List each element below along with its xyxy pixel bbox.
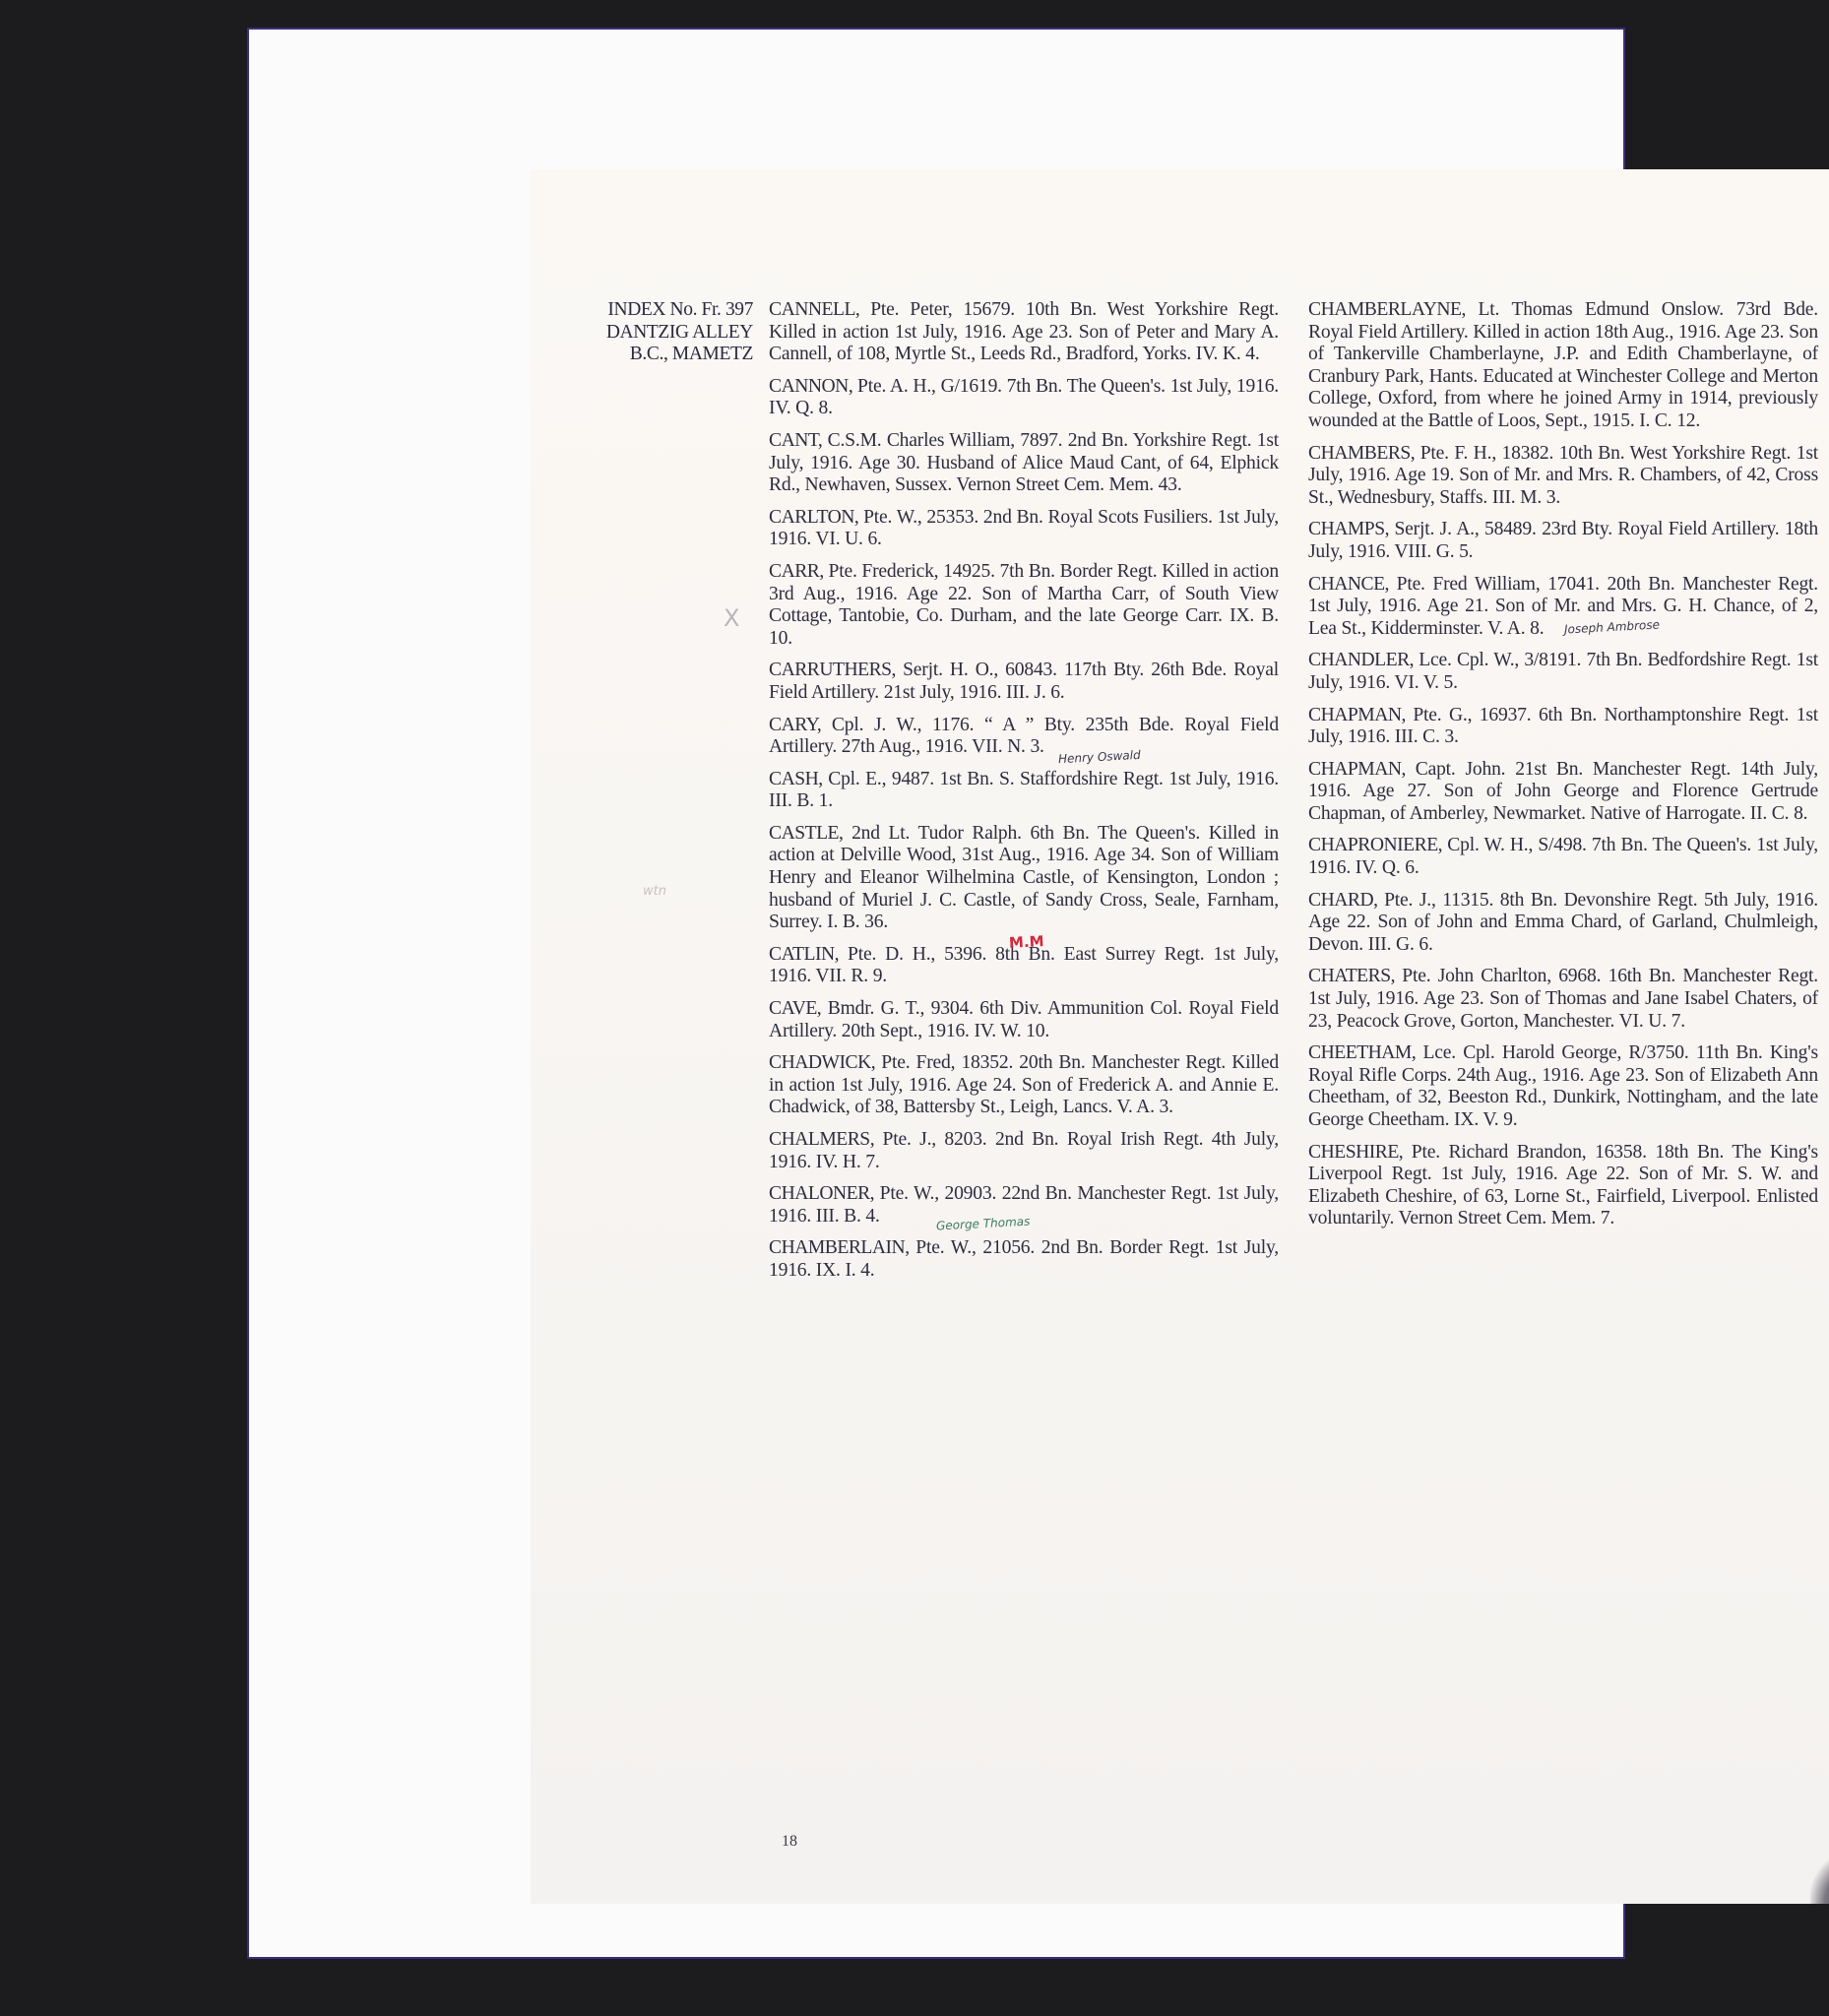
casualty-surname: CHALMERS,	[769, 1129, 874, 1150]
casualty-entry: CANNON, Pte. A. H., G/1619. 7th Bn. The …	[769, 376, 1279, 420]
casualty-surname: CARLTON,	[769, 507, 858, 528]
casualty-entry: CHAMPS, Serjt. J. A., 58489. 23rd Bty. R…	[1308, 519, 1818, 563]
casualty-surname: CHAPMAN,	[1308, 705, 1406, 725]
casualty-details: C.S.M. Charles William, 7897. 2nd Bn. Yo…	[769, 430, 1279, 495]
casualty-entry: CHALMERS, Pte. J., 8203. 2nd Bn. Royal I…	[769, 1129, 1279, 1173]
casualty-entry: CHADWICK, Pte. Fred, 18352. 20th Bn. Man…	[769, 1052, 1279, 1119]
casualty-surname: CANT,	[769, 430, 822, 451]
casualty-surname: CANNON,	[769, 376, 852, 397]
casualty-surname: CHALONER,	[769, 1183, 874, 1204]
casualty-details: Pte. J., 11315. 8th Bn. Devonshire Regt.…	[1308, 890, 1818, 955]
casualty-details: Cpl. J. W., 1176. “ A ” Bty. 235th Bde. …	[769, 715, 1279, 758]
casualty-surname: CASTLE,	[769, 823, 843, 844]
casualty-surname: CATLIN,	[769, 944, 839, 965]
casualty-surname: CANNELL,	[769, 299, 859, 320]
casualty-surname: CHAMBERS,	[1308, 443, 1415, 464]
casualty-surname: CARR,	[769, 561, 824, 582]
right-column: CHAMBERLAYNE, Lt. Thomas Edmund Onslow. …	[1308, 299, 1818, 1240]
casualty-surname: CHESHIRE,	[1308, 1142, 1403, 1163]
casualty-entry: CASTLE, 2nd Lt. Tudor Ralph. 6th Bn. The…	[769, 823, 1279, 934]
casualty-entry: CHATERS, Pte. John Charlton, 6968. 16th …	[1308, 966, 1818, 1033]
casualty-entry: CHAPMAN, Capt. John. 21st Bn. Manchester…	[1308, 759, 1818, 826]
casualty-entry: CHAMBERLAIN, Pte. W., 21056. 2nd Bn. Bor…	[769, 1237, 1279, 1282]
casualty-details: Cpl. E., 9487. 1st Bn. S. Staffordshire …	[769, 769, 1279, 812]
casualty-entry: CAVE, Bmdr. G. T., 9304. 6th Div. Ammuni…	[769, 998, 1279, 1042]
casualty-entry: CANNELL, Pte. Peter, 15679. 10th Bn. Wes…	[769, 299, 1279, 366]
casualty-surname: CHARD,	[1308, 890, 1378, 911]
cemetery-location: B.C., MAMETZ	[531, 344, 753, 366]
pencil-mark-cary: wtn	[643, 884, 666, 899]
casualty-entry: CANT, C.S.M. Charles William, 7897. 2nd …	[769, 430, 1279, 497]
cemetery-heading: INDEX No. Fr. 397 DANTZIG ALLEY B.C., MA…	[531, 299, 753, 366]
casualty-entry: CHESHIRE, Pte. Richard Brandon, 16358. 1…	[1308, 1142, 1818, 1230]
casualty-surname: CHAMBERLAIN,	[769, 1237, 910, 1258]
casualty-entry: CHEETHAM, Lce. Cpl. Harold George, R/375…	[1308, 1042, 1818, 1131]
casualty-surname: CARRUTHERS,	[769, 660, 896, 680]
cemetery-name: DANTZIG ALLEY	[531, 322, 753, 345]
casualty-surname: CARY,	[769, 715, 821, 735]
casualty-details: 2nd Lt. Tudor Ralph. 6th Bn. The Queen's…	[769, 823, 1279, 932]
photo-print: INDEX No. Fr. 397 DANTZIG ALLEY B.C., MA…	[249, 30, 1623, 1957]
casualty-surname: CHAMBERLAYNE,	[1308, 299, 1466, 320]
casualty-entry: CARLTON, Pte. W., 25353. 2nd Bn. Royal S…	[769, 507, 1279, 551]
casualty-details: Pte. Frederick, 14925. 7th Bn. Border Re…	[769, 561, 1279, 649]
casualty-entry: CARRUTHERS, Serjt. H. O., 60843. 117th B…	[769, 660, 1279, 704]
cemetery-index: INDEX No. Fr. 397	[531, 299, 753, 322]
casualty-details: Bmdr. G. T., 9304. 6th Div. Ammunition C…	[769, 998, 1279, 1041]
casualty-surname: CHANCE,	[1308, 574, 1389, 595]
casualty-entry: CHAMBERS, Pte. F. H., 18382. 10th Bn. We…	[1308, 443, 1818, 510]
left-column: CANNELL, Pte. Peter, 15679. 10th Bn. Wes…	[769, 299, 1279, 1292]
casualty-surname: CHAPRONIERE,	[1308, 835, 1442, 855]
casualty-surname: CHAPMAN,	[1308, 759, 1406, 780]
casualty-surname: CHEETHAM,	[1308, 1042, 1416, 1063]
casualty-entry: CHANDLER, Lce. Cpl. W., 3/8191. 7th Bn. …	[1308, 650, 1818, 694]
casualty-entry: CHANCE, Pte. Fred William, 17041. 20th B…	[1308, 574, 1818, 641]
book-page: INDEX No. Fr. 397 DANTZIG ALLEY B.C., MA…	[531, 169, 1829, 1904]
page-number: 18	[782, 1833, 797, 1851]
casualty-surname: CAVE,	[769, 998, 821, 1019]
casualty-surname: CHATERS,	[1308, 966, 1395, 986]
casualty-surname: CHANDLER,	[1308, 650, 1414, 670]
casualty-entry: CARR, Pte. Frederick, 14925. 7th Bn. Bor…	[769, 561, 1279, 650]
red-annotation-cash: M.M	[1009, 932, 1044, 952]
casualty-entry: CHARD, Pte. J., 11315. 8th Bn. Devonshir…	[1308, 890, 1818, 957]
casualty-surname: CHAMPS,	[1308, 519, 1389, 539]
casualty-entry: CHAPRONIERE, Cpl. W. H., S/498. 7th Bn. …	[1308, 835, 1818, 879]
casualty-entry: CHAMBERLAYNE, Lt. Thomas Edmund Onslow. …	[1308, 299, 1818, 433]
casualty-surname: CASH,	[769, 769, 823, 789]
pencil-mark-carlton: X	[724, 604, 739, 632]
casualty-entry: CHAPMAN, Pte. G., 16937. 6th Bn. Northam…	[1308, 705, 1818, 749]
casualty-entry: CASH, Cpl. E., 9487. 1st Bn. S. Stafford…	[769, 769, 1279, 813]
casualty-entry: CARY, Cpl. J. W., 1176. “ A ” Bty. 235th…	[769, 715, 1279, 759]
casualty-surname: CHADWICK,	[769, 1052, 875, 1073]
